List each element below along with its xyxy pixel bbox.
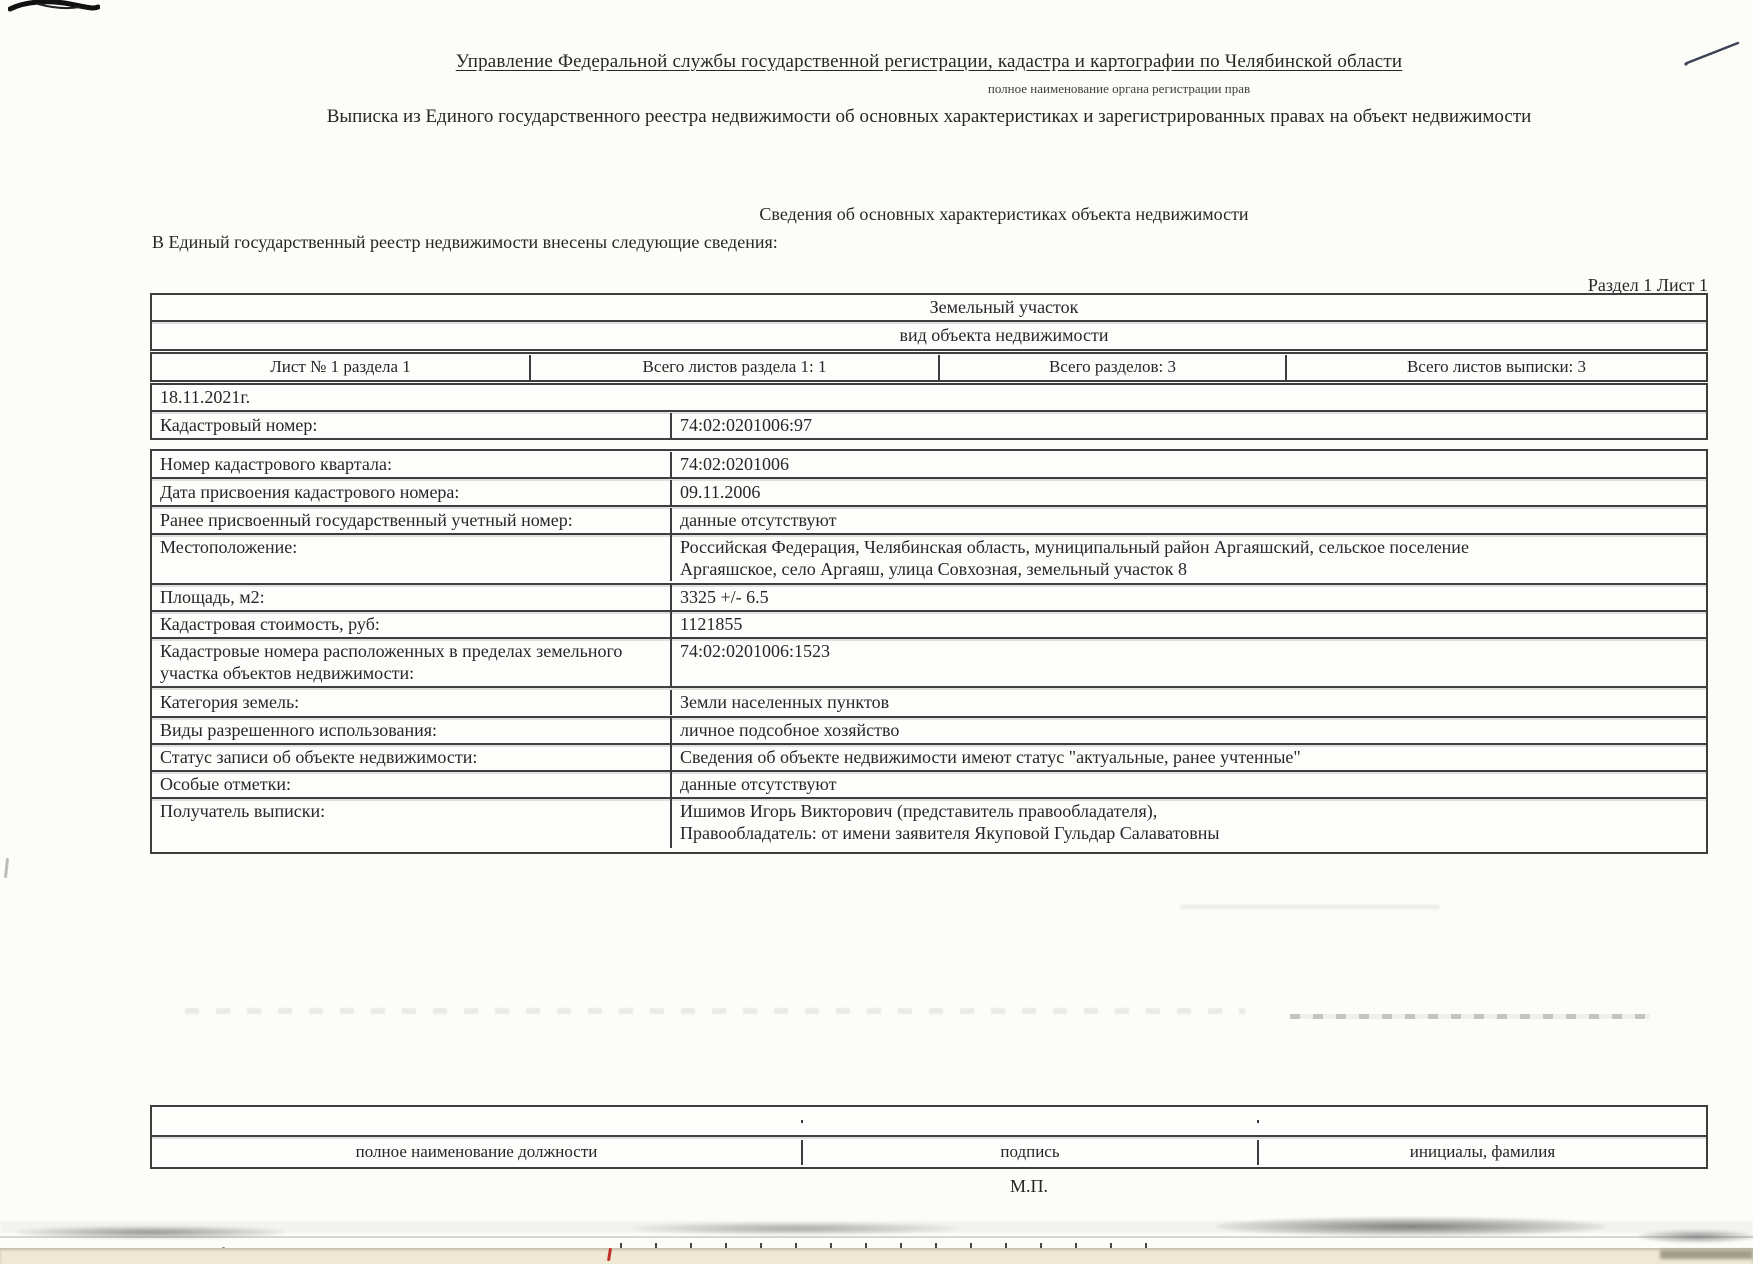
row-value: данные отсутствуют — [672, 508, 1706, 533]
table-row: Кадастровая стоимость, руб: 1121855 — [152, 612, 1706, 639]
row-label: Получатель выписки: — [152, 799, 672, 848]
scan-edge-smudge — [4, 858, 9, 878]
row-label: Кадастровая стоимость, руб: — [152, 612, 672, 637]
section-title: Сведения об основных характеристиках объ… — [225, 204, 1753, 225]
row-label: Местоположение: — [152, 535, 672, 581]
paper-bottom-edge — [0, 1248, 1753, 1264]
table-row: Земельный участок — [152, 295, 1706, 322]
sheets-summary-table: Лист № 1 раздела 1 Всего листов раздела … — [150, 352, 1708, 382]
scan-smudge — [1215, 1217, 1605, 1236]
row-label: Дата присвоения кадастрового номера: — [152, 480, 672, 505]
row-label: Виды разрешенного использования: — [152, 718, 672, 743]
object-details-table: Номер кадастрового квартала: 74:02:02010… — [150, 449, 1708, 854]
signature-blank-row — [152, 1107, 1706, 1137]
scan-streak-line — [0, 1236, 1753, 1238]
row-label: Номер кадастрового квартала: — [152, 452, 672, 477]
sheet-cell: Всего листов выписки: 3 — [1287, 355, 1706, 380]
row-label: Площадь, м2: — [152, 585, 672, 610]
row-label: Кадастровые номера расположенных в преде… — [152, 639, 672, 686]
row-value: 09.11.2006 — [672, 480, 1706, 505]
signature-labels-row: полное наименование должности подпись ин… — [152, 1137, 1706, 1167]
table-row: Виды разрешенного использования: личное … — [152, 718, 1706, 745]
signature-blank-cell — [803, 1120, 1259, 1123]
table-row: вид объекта недвижимости — [152, 322, 1706, 349]
sheet-cell: Всего листов раздела 1: 1 — [531, 355, 940, 380]
table-row: Дата присвоения кадастрового номера: 09.… — [152, 479, 1706, 507]
row-label: Категория земель: — [152, 690, 672, 715]
row-label: Особые отметки: — [152, 772, 672, 797]
row-value: Земли населенных пунктов — [672, 690, 1706, 715]
table-row: Площадь, м2: 3325 +/- 6.5 — [152, 585, 1706, 612]
signature-label: подпись — [803, 1140, 1259, 1165]
row-value: 1121855 — [672, 612, 1706, 637]
row-value: личное подсобное хозяйство — [672, 718, 1706, 743]
row-label: Статус записи об объекте недвижимости: — [152, 745, 672, 770]
position-blank-cell — [152, 1120, 803, 1123]
org-name-text: Управление Федеральной службы государств… — [456, 51, 1403, 72]
cadastral-number-table: 18.11.2021г. Кадастровый номер: 74:02:02… — [150, 383, 1708, 440]
intro-line: В Единый государственный реестр недвижим… — [152, 232, 778, 253]
object-type-table: Земельный участок вид объекта недвижимос… — [150, 293, 1708, 351]
sheet-cell: Всего разделов: 3 — [940, 355, 1287, 380]
sheet-cell: Лист № 1 раздела 1 — [152, 355, 531, 380]
signature-table: полное наименование должности подпись ин… — [150, 1105, 1708, 1169]
row-label: Кадастровый номер: — [152, 413, 672, 438]
table-row: Ранее присвоенный государственный учетны… — [152, 507, 1706, 535]
table-row: Категория земель: Земли населенных пункт… — [152, 688, 1706, 718]
document-title: Выписка из Единого государственного реес… — [150, 106, 1708, 128]
row-value: 74:02:0201006:1523 — [672, 639, 1706, 664]
row-value: 74:02:0201006 — [672, 452, 1706, 477]
scan-noise-band — [185, 1008, 1245, 1014]
row-value: 74:02:0201006:97 — [672, 413, 1706, 438]
org-name-caption: полное наименование органа регистрации п… — [340, 81, 1753, 97]
table-row: Особые отметки: данные отсутствуют — [152, 772, 1706, 799]
table-row: Номер кадастрового квартала: 74:02:02010… — [152, 451, 1706, 479]
scan-noise-band — [1180, 905, 1440, 909]
stamp-placeholder: М.П. — [801, 1176, 1257, 1197]
object-type-value: Земельный участок — [922, 295, 1087, 320]
scan-noise-band — [1290, 1014, 1650, 1019]
ink-scribble-mark — [8, 0, 100, 16]
row-value: Ишимов Игорь Викторович (представитель п… — [672, 799, 1706, 846]
object-type-caption: вид объекта недвижимости — [892, 323, 1117, 348]
date-row: 18.11.2021г. — [152, 385, 1706, 412]
table-row: Лист № 1 раздела 1 Всего листов раздела … — [152, 354, 1706, 380]
table-row: Кадастровые номера расположенных в преде… — [152, 639, 1706, 688]
table-row: Кадастровый номер: 74:02:0201006:97 — [152, 412, 1706, 438]
row-label: Ранее присвоенный государственный учетны… — [152, 508, 672, 533]
row-value: 3325 +/- 6.5 — [672, 585, 1706, 610]
initials-blank-cell — [1259, 1120, 1706, 1123]
table-row: Получатель выписки: Ишимов Игорь Викторо… — [152, 799, 1706, 852]
org-name-heading: Управление Федеральной службы государств… — [150, 51, 1708, 73]
scan-smudge — [630, 1222, 960, 1235]
table-row: Местоположение: Российская Федерация, Че… — [152, 535, 1706, 585]
row-value: данные отсутствуют — [672, 772, 1706, 797]
row-value: Сведения об объекте недвижимости имеют с… — [672, 745, 1706, 770]
extract-date: 18.11.2021г. — [152, 385, 258, 410]
scanned-egrn-extract-page: Управление Федеральной службы государств… — [0, 0, 1753, 1264]
row-value: Российская Федерация, Челябинская област… — [672, 535, 1706, 582]
position-label: полное наименование должности — [152, 1140, 803, 1165]
table-row: Статус записи об объекте недвижимости: С… — [152, 745, 1706, 772]
paper-edge-shadow — [1660, 1250, 1753, 1259]
initials-label: инициалы, фамилия — [1259, 1140, 1706, 1165]
